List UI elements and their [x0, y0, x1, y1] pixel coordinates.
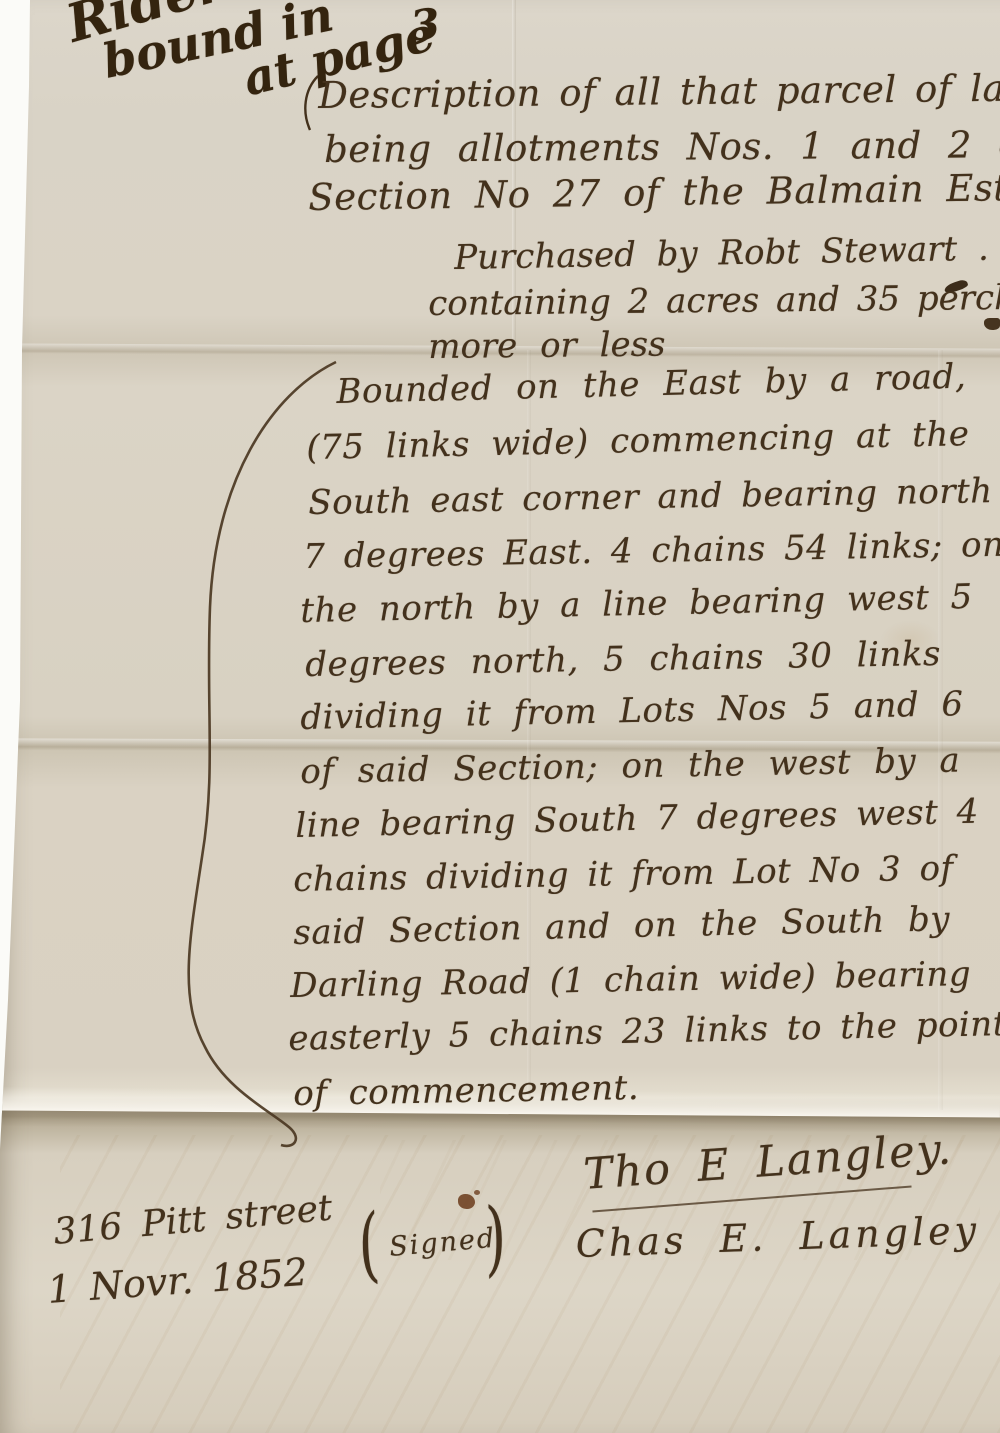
body-line-9: line bearing South 7 degrees west 4 [295, 792, 979, 846]
purchase-line-1: Purchased by Robt Stewart . [454, 229, 989, 278]
body-line-12: Darling Road (1 chain wide) bearing [290, 954, 971, 1006]
heading-line-2: being allotments Nos. 1 and 2 of. [324, 123, 1000, 171]
body-line-5: the north by a line bearing west 5 [300, 577, 973, 631]
signatory-signature: Chas E. Langley [575, 1208, 981, 1266]
signed-label: Signed [388, 1223, 497, 1263]
vertical-crease-right [938, 350, 943, 1110]
signed-open-paren: ( [350, 1196, 387, 1293]
fold-edge-shadow [0, 1111, 1000, 1134]
body-line-4: 7 degrees East. 4 chains 54 links; on [303, 525, 1000, 577]
body-line-10: chains dividing it from Lot No 3 of [293, 848, 954, 900]
body-line-13: easterly 5 chains 23 links to the point [288, 1004, 1000, 1059]
document-paper: Rider bound in at page 3 Description of … [0, 0, 1000, 1433]
footer-date: 1 Novr. 1852 [46, 1250, 309, 1312]
ink-blot [458, 1194, 475, 1209]
witness-signature: Tho E Langley. [582, 1124, 954, 1200]
body-line-3: South east corner and bearing north [308, 471, 993, 523]
body-line-8: of said Section; on the west by a [300, 740, 961, 792]
body-line-2: (75 links wide) commencing at the [306, 414, 970, 468]
body-line-11: said Section and on the South by [293, 899, 950, 953]
body-line-7: dividing it from Lots Nos 5 and 6 [300, 684, 964, 738]
purchase-line-3: more or less [428, 325, 666, 367]
heading-line-3: Section No 27 of the Balmain Estate [308, 165, 1000, 219]
body-line-14: of commencement. [293, 1068, 639, 1114]
purchase-line-2: containing 2 acres and 35 perches [428, 277, 1000, 324]
edge-ink-mark-2 [984, 318, 1000, 330]
heading-line-1: Description of all that parcel of land [318, 66, 1000, 117]
footer-address: 316 Pitt street [52, 1188, 334, 1253]
body-line-6: degrees north, 5 chains 30 links [305, 634, 941, 685]
annotation-page-number: 3 [408, 0, 442, 51]
